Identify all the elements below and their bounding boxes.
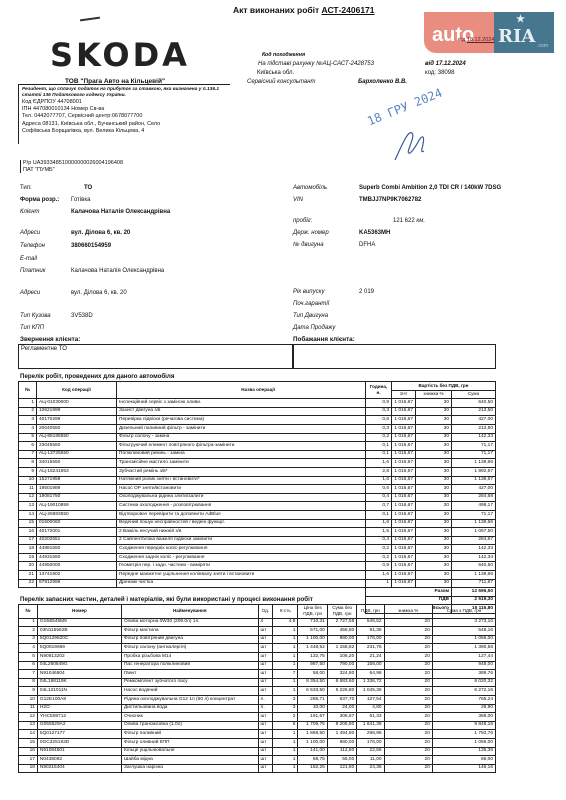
discount: 20 (384, 635, 432, 644)
rate: 1 016,67 (392, 510, 416, 519)
origin-code-label: Код походження (262, 52, 305, 58)
table-row: 604L260849GПас генератора поліклиновийшт… (19, 661, 496, 670)
type-label: Тип: (20, 185, 32, 191)
sum-no-vat: 880,00 (327, 635, 356, 644)
price: 132,75 (298, 652, 327, 661)
rate: 1 016,67 (392, 450, 416, 459)
col-sum: Сума (452, 390, 496, 399)
hours: 0,1 (366, 450, 392, 459)
total-with-vat: 548,16 (432, 627, 495, 636)
hours: 0,1 (366, 510, 392, 519)
car-label: Автомобіль (293, 185, 327, 191)
vat: 1 336,72 (357, 678, 384, 687)
table-row: 1GS55545M9Олива моторна 0W30 (209.0л) 1л… (19, 618, 496, 627)
operation-name: Захист двигуна з/в (117, 407, 366, 416)
sum: 1 992,67 (452, 467, 496, 476)
email-label: E-mail (20, 256, 37, 262)
rate: 1 016,67 (392, 562, 416, 571)
discount: 30 (416, 493, 452, 502)
discount: 20 (384, 627, 432, 636)
table-row: 145Q0127177Фільтр паливнийшт11 868,501 4… (19, 730, 496, 739)
operation-code: 01500060 (37, 519, 117, 528)
row-no: 7 (19, 450, 37, 459)
part-name: Шайба мідна (121, 756, 258, 765)
row-no: 3 (19, 416, 37, 425)
sale-date-label: Дата Продажу (293, 325, 335, 331)
row-no: 13 (19, 721, 38, 730)
price: 6 533,50 (298, 687, 327, 696)
discount: 20 (384, 678, 432, 687)
part-number: 04L121011N (37, 687, 121, 696)
sum-no-vat: 1 494,80 (327, 730, 356, 739)
col-hours: Година, н. (366, 382, 392, 399)
part-number: 5Q0819669 (37, 644, 121, 653)
table-row: 804L198119KРемкомплект зубчатого пасушт1… (19, 678, 496, 687)
operation-code: 15271958 (37, 476, 117, 485)
sum: 498,17 (452, 502, 496, 511)
total-with-vat: 368,00 (432, 713, 495, 722)
discount: 20 (384, 644, 432, 653)
sum: 284,67 (452, 536, 496, 545)
row-no: 10 (19, 695, 38, 704)
table-row: 5N90813202Пробка різьбова M14шт1132,7510… (19, 652, 496, 661)
table-row: 9АЦ-15241953Зубчастий ремінь з/в*2,81 01… (19, 467, 496, 476)
col-number: Номер (37, 605, 121, 619)
discount: 20 (384, 618, 432, 627)
gearbox-label: Тип КПП (20, 325, 44, 331)
unit: шт (258, 738, 273, 747)
rate: 1 016,67 (392, 442, 416, 451)
price: 10,00 (298, 704, 327, 713)
total-with-vat: 6 272,16 (432, 687, 495, 696)
rate: 1 016,67 (392, 571, 416, 580)
sum: 1 067,50 (452, 528, 496, 537)
row-no: 1 (19, 618, 38, 627)
total-with-vat: 66,00 (432, 756, 495, 765)
sum-no-vat: 5 226,80 (327, 687, 356, 696)
operation-name: Ведений пошук несправностей / ведені фун… (117, 519, 366, 528)
operation-name: Трансмісійне мастило замінити (117, 459, 366, 468)
row-no: 12 (19, 493, 37, 502)
table-row: 623045550Фільтруючий елемент повітряного… (19, 442, 496, 451)
part-number: YHC508712 (37, 713, 121, 722)
operation-name: Поліклиновий ремінь - заміна (117, 450, 366, 459)
row-no: 14 (19, 730, 38, 739)
quantity: 1 (273, 627, 298, 636)
operation-name: Фільтр салону - заміна (117, 433, 366, 442)
row-no: 16 (19, 528, 37, 537)
col-rate: 1Нг (392, 390, 416, 399)
discount: 20 (384, 747, 432, 756)
year-value: 2 019 (359, 289, 374, 295)
hours: 0,9 (366, 562, 392, 571)
table-row: 13АЦ-19010859Система охолодження - розпо… (19, 502, 496, 511)
payment-label: Форма розр.: (20, 197, 59, 203)
type-value: ТО (84, 185, 92, 191)
payer-address-value: вул. Ділова 6, кв. 20 (71, 290, 127, 296)
total-with-vat: 28,80 (432, 704, 495, 713)
parts-title: Перелік запасних частин, деталей і матер… (20, 596, 313, 603)
unit: шт (258, 661, 273, 670)
discount: 30 (416, 528, 452, 537)
row-no: 20 (19, 562, 37, 571)
tax-note: Резидент, що сплачує податок на прибуток… (22, 87, 227, 99)
operation-name: Перевірка підвіски (речагова система) (117, 416, 366, 425)
operation-name: 2 Важіль несучий нижній з/в (117, 528, 366, 537)
table-row: 1015271958Натяжний ролик зняти і встанов… (19, 476, 496, 485)
operation-code: АЦ-19010859 (37, 502, 117, 511)
operation-name: Геометрія пер. і задн. частини - вимірят… (117, 562, 366, 571)
operation-code: 10621999 (37, 407, 117, 416)
table-row: 1119501989Насос ОР зняти/встановити0,61 … (19, 485, 496, 494)
sum: 71,17 (452, 510, 496, 519)
price: 1 448,52 (298, 644, 327, 653)
rate: 1 016,67 (392, 433, 416, 442)
row-no: 18 (19, 545, 37, 554)
discount: 20 (384, 764, 432, 773)
row-no: 1 (19, 399, 37, 408)
hours: 1 (366, 579, 392, 588)
rate: 1 016,67 (392, 459, 416, 468)
row-no: 18 (19, 764, 38, 773)
discount: 30 (416, 416, 452, 425)
unit: шт (258, 747, 273, 756)
mileage-label: пробіг: (293, 218, 312, 224)
bank-name: ПАТ "ПУМБ" (23, 167, 123, 174)
hours: 1,6 (366, 476, 392, 485)
row-no: 21 (19, 571, 37, 580)
works-title: Перелік робіт, проведених для даного авт… (20, 373, 174, 380)
unit: шт (258, 756, 273, 765)
sum: 640,50 (452, 399, 496, 408)
vat: 1 045,36 (357, 687, 384, 696)
price: 1 100,00 (298, 738, 327, 747)
total-with-vat: 146,16 (432, 764, 495, 773)
row-no: 9 (19, 467, 37, 476)
operation-name: Фільтруючий елемент повітряного фільтра-… (117, 442, 366, 451)
price: 710,31 (298, 618, 327, 627)
price: 141,00 (298, 747, 327, 756)
table-row: 1944931550Сходження задніх коліс - регул… (19, 553, 496, 562)
price: 1 868,50 (298, 730, 327, 739)
row-no: 9 (19, 687, 38, 696)
hours: 0,9 (366, 399, 392, 408)
vat: 21,24 (357, 652, 384, 661)
table-row: 1844881550Сходження передніх коліс-регул… (19, 545, 496, 554)
autoria-watermark: auto ★ RIA .com (424, 12, 554, 53)
operation-name: Дренажі чистка (117, 579, 366, 588)
vat: 22,56 (357, 747, 384, 756)
sum: 1 138,67 (452, 476, 496, 485)
discount: 30 (416, 579, 452, 588)
part-number: N91084501 (37, 747, 121, 756)
sum: 142,33 (452, 545, 496, 554)
sum-no-vat: 1 158,82 (327, 644, 356, 653)
operation-code: 44950000 (37, 562, 117, 571)
watermark-com: .com (537, 43, 548, 49)
consultant-name: Бархоленко В.В. (358, 79, 407, 85)
unit: шт (258, 670, 273, 679)
operation-code: 20040550 (37, 424, 117, 433)
vat: 24,36 (357, 764, 384, 773)
operation-code: 40202651 (37, 536, 117, 545)
rate: 1 016,67 (392, 467, 416, 476)
hours: 1,5 (366, 528, 392, 537)
table-row: 14АЦ-26883550Відтворювач перевірити та д… (19, 510, 496, 519)
hours: 0,2 (366, 433, 392, 442)
plate-value: KA5363MH (359, 230, 390, 236)
price: 987,50 (298, 661, 327, 670)
operation-code: 19081750 (37, 493, 117, 502)
total-with-vat: 1 390,58 (432, 644, 495, 653)
part-name: Фільтр мастила (121, 627, 258, 636)
quantity: 1 (273, 764, 298, 773)
row-no: 11 (19, 485, 37, 494)
total-with-vat: 1 056,00 (432, 738, 495, 747)
operation-code: 40172001 (37, 528, 117, 537)
table-row: 35Q0129620CФільтр повітряний двигунашт11… (19, 635, 496, 644)
table-row: 11H2OДистильована водал.310,0024,004,802… (19, 704, 496, 713)
discount: 20 (384, 670, 432, 679)
act-label: Акт виконаних робіт (233, 5, 319, 15)
act-date-value: 18.12.2024 (467, 37, 495, 43)
payer-address-label: Адреси (20, 290, 40, 296)
sum: 1 138,66 (452, 459, 496, 468)
sum: 71,17 (452, 442, 496, 451)
col-discount: знижка % (384, 605, 432, 619)
operation-name: Охолоджувальна рідина злити/залити (117, 493, 366, 502)
price: 8 354,50 (298, 678, 327, 687)
table-row: 2287912999Дренажі чистка11 016,6730711,6… (19, 579, 496, 588)
discount: 20 (384, 730, 432, 739)
table-row: 17N0438092Шайба міднашт168,7555,0011,002… (19, 756, 496, 765)
discount: 30 (416, 553, 452, 562)
phone-label: Телефон (20, 243, 45, 249)
client-label: Клієнт (20, 209, 40, 215)
unit: шт (258, 721, 273, 730)
total-with-vat: 948,00 (432, 661, 495, 670)
operation-name: Дизельний паливний фільтр - замінити (117, 424, 366, 433)
sum: 284,68 (452, 493, 496, 502)
part-name: Рідина охолоджувальна G12 1л (60 л) конц… (121, 695, 258, 704)
rate: 1 016,67 (392, 399, 416, 408)
row-no: 11 (19, 704, 38, 713)
row-no: 2 (19, 407, 37, 416)
invoice-line: На підставі рахунку №АЦ-САСТ-2428753 (258, 61, 374, 67)
discount: 30 (416, 450, 452, 459)
discount: 30 (416, 545, 452, 554)
client-name: Калачова Наталія Олександрівна (71, 209, 170, 215)
table-row: 45Q0819669Фільтр салону (антиалергія)шт1… (19, 644, 496, 653)
table-row: 16N91084501Кільце ущільнювальнешт1141,00… (19, 747, 496, 756)
row-no: 5 (19, 433, 37, 442)
total-with-vat: 3 273,10 (432, 618, 495, 627)
discount: 30 (416, 476, 452, 485)
quantity: 6 (273, 721, 298, 730)
star-icon: ★ (516, 14, 525, 25)
part-name: Фільтр салону (антиалергія) (121, 644, 258, 653)
consultant-label: Сервісний консультант (247, 79, 316, 85)
table-row: 203N115562BФільтр мастилашт1571,00456,80… (19, 627, 496, 636)
operation-name: Відтворювач перевірити та доповнити AdBl… (117, 510, 366, 519)
quantity: 3 (273, 704, 298, 713)
quantity: 1 (273, 635, 298, 644)
total-with-vat: 8 020,32 (432, 678, 495, 687)
rate: 1 016,67 (392, 553, 416, 562)
part-number: 0GC325183D (37, 738, 121, 747)
table-row: 420040550Дизельний паливний фільтр - зам… (19, 424, 496, 433)
part-number: 5Q0127177 (37, 730, 121, 739)
sum-no-vat: 456,80 (327, 627, 356, 636)
vin-value: TMBJJ7NP9K7062782 (359, 197, 421, 203)
sum: 1 138,66 (452, 519, 496, 528)
quantity: 4,8 (273, 618, 298, 627)
skoda-logo: SKODA (50, 36, 190, 74)
payer-label: Платник (20, 268, 46, 274)
part-name: Фільтр повітряний двигуна (121, 635, 258, 644)
row-no: 22 (19, 579, 37, 588)
operation-name: Натяжний ролик зняти і встановити* (117, 476, 366, 485)
table-row: 904L121011NНасос водянийшт16 533,505 226… (19, 687, 496, 696)
plate-label: Держ. номер (293, 230, 329, 236)
vat: 231,76 (357, 644, 384, 653)
table-row: 834015550Трансмісійне мастило замінити1,… (19, 459, 496, 468)
part-name: Олива моторна 0W30 (209.0л) 1л. (121, 618, 258, 627)
row-no: 6 (19, 442, 37, 451)
col-price: Ціна без ПДВ, грн (298, 605, 327, 619)
quantity: 1 (273, 738, 298, 747)
part-number: G12E100A8 (37, 695, 121, 704)
row-no: 4 (19, 644, 38, 653)
sum: 142,33 (452, 433, 496, 442)
vin-label: VIN (293, 197, 303, 203)
sum: 711,67 (452, 579, 496, 588)
table-row: 18N90215404Заглушка нарізнашт1152,25121,… (19, 764, 496, 773)
unit: шт (258, 644, 273, 653)
table-row: 2044950000Геометрія пер. і задн. частини… (19, 562, 496, 571)
sum-no-vat: 2 727,58 (327, 618, 356, 627)
col-vat: ПДВ, грн (357, 605, 384, 619)
part-name: Олива трансмісійна (1.0л) (121, 721, 258, 730)
row-no: 17 (19, 756, 38, 765)
operation-code: АЦ-15241953 (37, 467, 117, 476)
watermark-ria-text: RIA (498, 26, 535, 47)
year-label: Рік випуску (293, 289, 324, 295)
discount: 30 (416, 433, 452, 442)
price: 191,67 (298, 713, 327, 722)
rate: 1 016,67 (392, 502, 416, 511)
discount: 30 (416, 485, 452, 494)
total-with-vat: 1 056,00 (432, 635, 495, 644)
operation-code: АЦ-13725550 (37, 450, 117, 459)
discount: 20 (384, 713, 432, 722)
part-number: N0438092 (37, 756, 121, 765)
quantity: 1 (273, 652, 298, 661)
company-line: Софіївська Борщагівка, вул. Велика Кільц… (22, 128, 227, 135)
part-number: N90215404 (37, 764, 121, 773)
vat: 11,00 (357, 756, 384, 765)
unit: л (258, 618, 273, 627)
payer-value: Калачова Наталія Олександрівна (71, 268, 164, 274)
mileage-number: 121 622 (393, 218, 415, 224)
engine-no-value: DFHA (359, 242, 375, 248)
discount: 30 (416, 536, 452, 545)
discount: 30 (416, 571, 452, 580)
part-number: 04L260849G (37, 661, 121, 670)
sum-no-vat: 121,80 (327, 764, 356, 773)
rate: 1 016,67 (392, 528, 416, 537)
sum-no-vat: 8 206,80 (327, 721, 356, 730)
part-number: 03N115562B (37, 627, 121, 636)
price: 58,00 (298, 670, 327, 679)
operation-name: Сходження задніх коліс - регулювання (117, 553, 366, 562)
row-no: 4 (19, 424, 37, 433)
payment-value: Готівка (71, 197, 90, 203)
row-no: 7 (19, 670, 38, 679)
operation-name: Насос ОР зняти/встановити (117, 485, 366, 494)
table-row: 16401720012 Важіль несучий нижній з/в1,5… (19, 528, 496, 537)
sum: 427,00 (452, 485, 496, 494)
rate: 1 016,67 (392, 416, 416, 425)
discount: 20 (384, 695, 432, 704)
unit: шт (258, 627, 273, 636)
address-value: вул. Ділова 6, кв. 20 (71, 230, 130, 236)
unit: л. (258, 695, 273, 704)
vat: 4,80 (357, 704, 384, 713)
operation-code: АЦ-85185550 (37, 433, 117, 442)
unit: шт (258, 764, 273, 773)
hours: 0,2 (366, 545, 392, 554)
vat: 298,96 (357, 730, 384, 739)
vat: 176,00 (357, 738, 384, 747)
operation-name: Сходження передніх коліс-регулювання (117, 545, 366, 554)
watermark-ria: ★ RIA .com (494, 12, 554, 53)
discount: 20 (384, 721, 432, 730)
quantity: 1 (273, 678, 298, 687)
operation-name: Інспекційний сервіс з заміною оливи. (117, 399, 366, 408)
discount: 30 (416, 459, 452, 468)
operation-code: 23045550 (37, 442, 117, 451)
sum: 142,34 (452, 553, 496, 562)
discount: 20 (384, 738, 432, 747)
col-total: Сума з ПДВ, грн (432, 605, 495, 619)
discount: 30 (416, 399, 452, 408)
quantity: 7 (273, 670, 298, 679)
table-row: 1219081750Охолоджувальна рідина злити/за… (19, 493, 496, 502)
operation-name: Передне манжетне ущільнення колінвалу зн… (117, 571, 366, 580)
total-with-vat: 389,76 (432, 670, 495, 679)
row-no: 15 (19, 519, 37, 528)
vat: 158,00 (357, 661, 384, 670)
table-row: 1501500060Ведений пошук несправностей / … (19, 519, 496, 528)
discount: 30 (416, 502, 452, 511)
price: 1 709,75 (298, 721, 327, 730)
col-sum: Сума без ПДВ, грн (327, 605, 356, 619)
part-name: Дистильована вода (121, 704, 258, 713)
table-row: 340170299Перевірка підвіски (речагова си… (19, 416, 496, 425)
row-no: 6 (19, 661, 38, 670)
quantity: 1 (273, 687, 298, 696)
col-qty: К-сть (273, 605, 298, 619)
quantity: 1 (273, 644, 298, 653)
col-unit: Од. (258, 605, 273, 619)
company-details: Резидент, що сплачує податок на прибуток… (18, 84, 230, 144)
operation-code: 44881550 (37, 545, 117, 554)
phone-value: 380660154959 (71, 243, 111, 249)
total-with-vat: 765,24 (432, 695, 495, 704)
part-number: H2O (37, 704, 121, 713)
act-date-prefix: від (458, 37, 465, 43)
